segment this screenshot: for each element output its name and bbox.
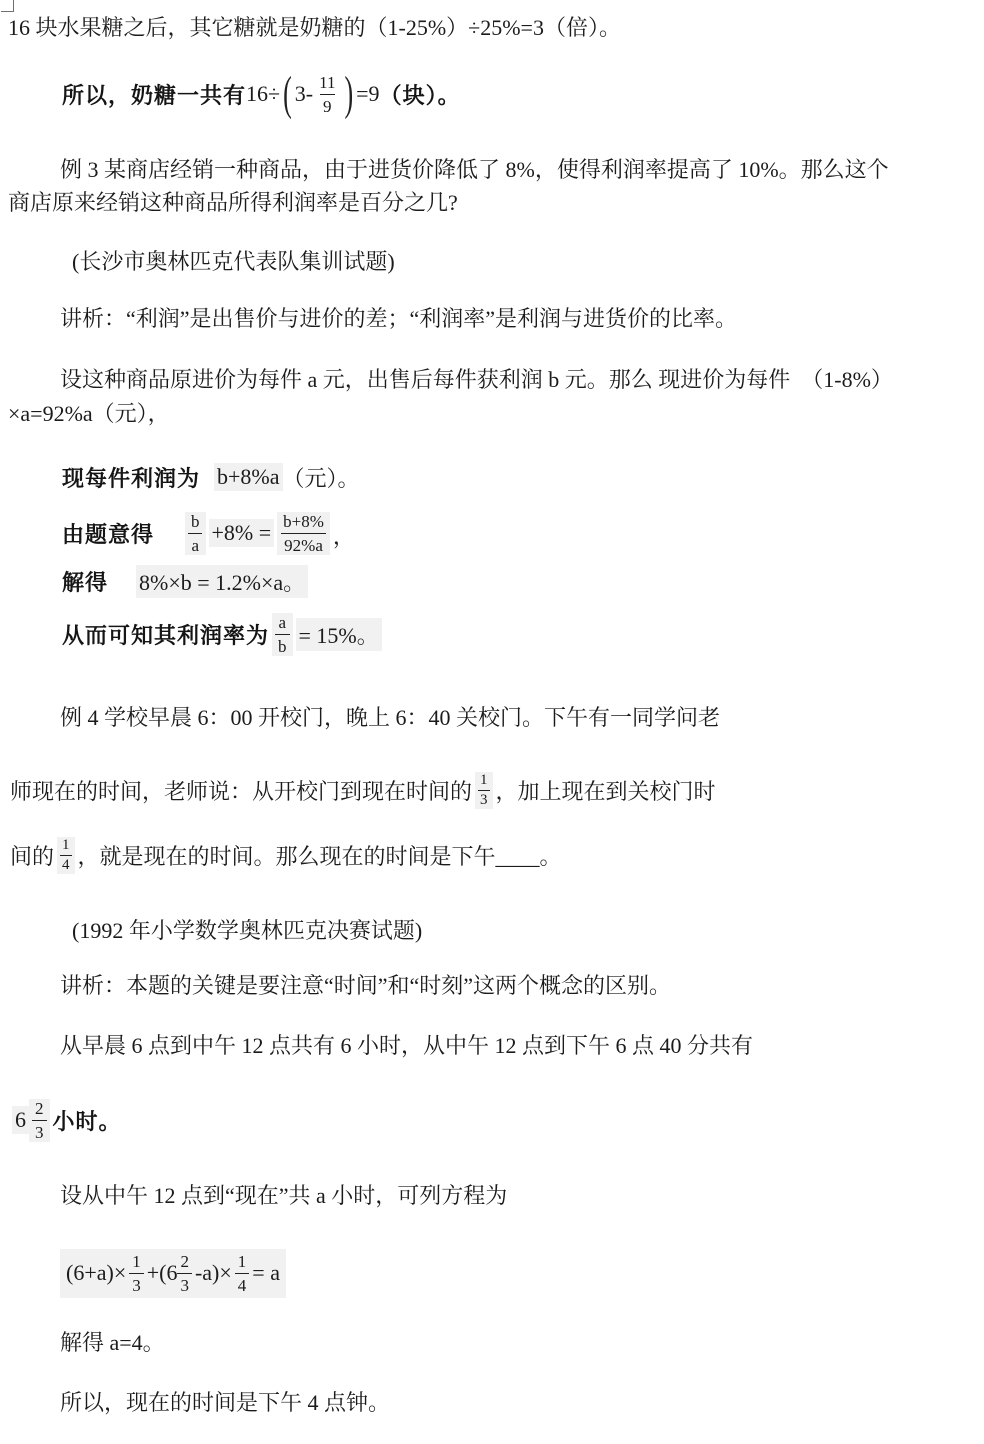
equation-term: 3-: [295, 81, 313, 107]
fraction-denominator: 92%a: [281, 533, 326, 554]
formula-lead-text: 由题意得: [62, 518, 154, 549]
fraction-denominator: 4: [60, 855, 72, 873]
para-example3-problem-line1: 例 3 某商店经销一种商品，由于进货价降低了 8%，使得利润率提高了 10%。那…: [60, 156, 889, 183]
formula-lead-text: 现每件利润为: [62, 462, 200, 493]
formula-lead-text: 解得: [62, 566, 108, 597]
body-text: 师现在的时间，老师说：从开校门到现在时间的: [10, 775, 472, 806]
fraction-denominator: a: [188, 533, 202, 554]
para-example3-setup-line1: 设这种商品原进价为每件 a 元，出售后每件获利润 b 元。那么 现进价为每件 （…: [60, 366, 893, 393]
fraction-numerator: 1: [60, 838, 72, 855]
formula-mixed-hours: 6 2 3 小时。: [12, 1094, 122, 1146]
big-right-paren: ): [344, 70, 353, 118]
formula-tail-text: 小时。: [53, 1105, 122, 1136]
para-example4-equation-intro: 设从中午 12 点到“现在”共 a 小时，可列方程为: [60, 1182, 507, 1209]
para-example4-analysis: 讲析：本题的关键是要注意“时间”和“时刻”这两个概念的区别。: [60, 972, 671, 999]
equation-term: (6+a)×: [66, 1260, 126, 1286]
formula-time-equation: (6+a)× 1 3 +(6 2 3 -a)× 1 4 = a: [60, 1244, 286, 1302]
fraction-numerator: 1: [129, 1253, 144, 1273]
fraction-numerator: a: [275, 614, 289, 634]
fraction-11-9: 11 9: [316, 74, 338, 115]
formula-profit-equation: 由题意得 b a +8% = b+8% 92%a ，: [62, 504, 355, 562]
text-boundary-corner-mark: [1, 0, 14, 12]
formula-profit-rate-result: 从而可知其利润率为 a b = 15%。: [62, 608, 382, 660]
equation-milk-candy: 16÷ ( 3- 11 9 ) =9: [246, 74, 380, 115]
body-text: ，就是现在的时间。那么现在的时间是下午____。: [78, 840, 562, 871]
fraction-denominator: 9: [320, 94, 335, 115]
equation-term: = a: [252, 1260, 280, 1286]
fraction-numerator: b: [188, 513, 203, 533]
formula-solve-step: 解得 8%×b = 1.2%×a。: [62, 566, 308, 596]
equation-term: +(6: [147, 1260, 178, 1286]
para-example3-problem-line2: 商店原来经销这种商品所得利润率是百分之几?: [8, 189, 458, 216]
fraction-denominator: b: [275, 634, 290, 655]
para-example4-problem-line2: 师现在的时间，老师说：从开校门到现在时间的 1 3 ，加上现在到关校门时: [10, 763, 716, 817]
fraction-a-b: a b: [272, 613, 293, 656]
fraction-b8-92a: b+8% 92%a: [277, 512, 330, 555]
equation-result: a b = 15%。: [269, 613, 382, 656]
fraction-denominator: 3: [177, 1273, 192, 1294]
para-example3-setup-line2: ×a=92%a（元），: [8, 400, 170, 427]
para-solve-a4: 解得 a=4。: [60, 1329, 165, 1356]
equation-comma: ，: [333, 520, 355, 555]
formula-current-profit: 现每件利润为 b+8%a （元）。: [62, 462, 360, 492]
equation-term: -a)×: [195, 1260, 232, 1286]
fraction-1-3: 1 3: [475, 772, 493, 809]
document-page: 16 块水果糖之后，其它糖就是奶糖的（1-25%）÷25%=3（倍）。 所以，奶…: [0, 0, 984, 1444]
para-example3-analysis: 讲析：“利润”是出售价与进价的差；“利润率”是利润与进货价的比率。: [60, 305, 737, 332]
equation-term: =9: [356, 81, 379, 107]
equation-solve: 8%×b = 1.2%×a。: [136, 565, 308, 598]
source-example3: (长沙市奥林匹克代表队集训试题): [72, 248, 395, 275]
fraction-denominator: 4: [235, 1273, 250, 1294]
para-final-answer: 所以，现在的时间是下午 4 点钟。: [60, 1389, 390, 1416]
formula-tail-text: （块）。: [380, 79, 461, 110]
equation-value: = 15%。: [296, 618, 382, 651]
para-example4-hours-line: 从早晨 6 点到中午 12 点共有 6 小时，从中午 12 点到下午 6 点 4…: [60, 1032, 753, 1059]
equation-profit-rate: b a +8% = b+8% 92%a ，: [182, 512, 355, 555]
equation-time: (6+a)× 1 3 +(6 2 3 -a)× 1 4 = a: [60, 1249, 286, 1298]
mixed-number-6-2-3: 6 2 3: [12, 1099, 53, 1142]
para-example4-problem-line1: 例 4 学校早晨 6：00 开校门，晚上 6：40 关校门。下午有一同学问老: [60, 704, 720, 731]
fraction-numerator: 1: [235, 1253, 250, 1273]
para-example4-problem-line3: 间的 1 4 ，就是现在的时间。那么现在的时间是下午____。: [10, 828, 562, 882]
fraction-numerator: 1: [478, 773, 490, 790]
equation-current-profit: b+8%a: [214, 463, 283, 491]
para-fruit-candy-ratio: 16 块水果糖之后，其它糖就是奶糖的（1-25%）÷25%=3（倍）。: [8, 14, 621, 41]
fraction-numerator: 2: [177, 1253, 192, 1273]
fraction-1-4: 1 4: [57, 837, 75, 874]
equation-middle: +8% =: [209, 519, 275, 547]
fraction-2-3: 2 3: [29, 1099, 50, 1142]
fraction-b-a: b a: [185, 512, 206, 555]
formula-lead-text: 从而可知其利润率为: [62, 619, 269, 650]
fraction-numerator: 11: [316, 74, 338, 94]
fraction-2-3: 2 3: [177, 1253, 192, 1294]
fraction-numerator: 2: [32, 1100, 47, 1120]
mixed-whole: 6: [12, 1106, 29, 1134]
big-left-paren: (: [283, 70, 292, 118]
fraction-denominator: 3: [478, 790, 490, 808]
fraction-denominator: 3: [129, 1273, 144, 1294]
equation-unit-text: （元）。: [283, 462, 360, 493]
source-example4: (1992 年小学数学奥林匹克决赛试题): [72, 917, 422, 944]
fraction-numerator: b+8%: [280, 513, 327, 533]
equation-term: 16÷: [246, 81, 280, 107]
fraction-denominator: 3: [32, 1120, 47, 1141]
formula-milk-candy-count: 所以，奶糖一共有 16÷ ( 3- 11 9 ) =9 （块）。: [62, 66, 461, 122]
body-text: 间的: [10, 840, 54, 871]
fraction-1-3: 1 3: [129, 1253, 144, 1294]
fraction-1-4: 1 4: [235, 1253, 250, 1294]
formula-lead-text: 所以，奶糖一共有: [62, 79, 246, 110]
body-text: ，加上现在到关校门时: [496, 775, 716, 806]
